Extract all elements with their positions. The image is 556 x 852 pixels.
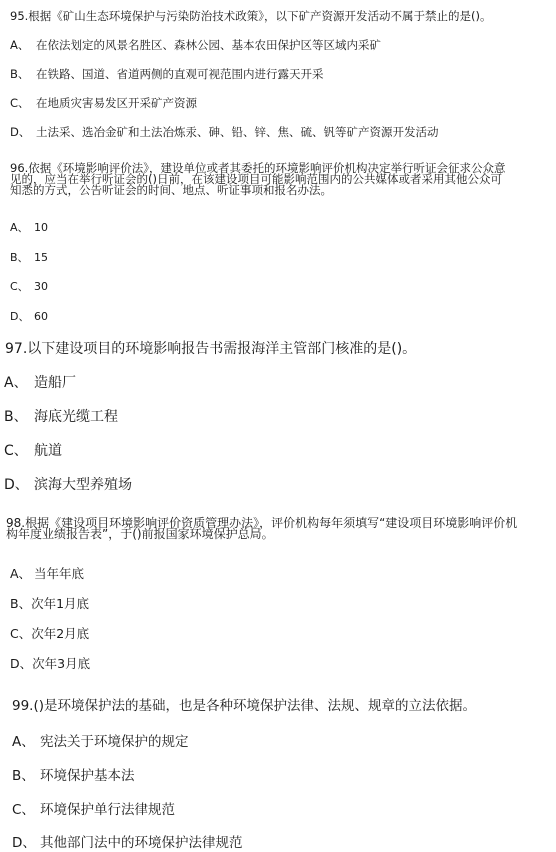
option-a: A、当年年底 [0, 564, 84, 582]
option-text: 海底光缆工程 [34, 409, 118, 425]
option-d: D、次年3月底 [0, 654, 90, 672]
option-text: 土法采、选冶金矿和土法冶炼汞、砷、铅、锌、焦、硫、钒等矿产资源开发活动 [36, 125, 439, 139]
option-text: 造船厂 [34, 375, 76, 391]
option-letter: A、 [0, 37, 36, 53]
option-d: D、土法采、选冶金矿和土法冶炼汞、砷、铅、锌、焦、硫、钒等矿产资源开发活动 [0, 124, 439, 140]
option-text: 宪法关于环境保护的规定 [40, 734, 189, 750]
option-text: 10 [34, 221, 48, 234]
option-letter: D、 [0, 308, 34, 324]
option-c: C、环境保护单行法律规范 [0, 798, 175, 818]
option-text: 环境保护基本法 [40, 768, 135, 784]
option-text: 60 [34, 310, 48, 323]
option-b: B、环境保护基本法 [0, 764, 135, 784]
option-letter: B、 [0, 66, 36, 82]
option-letter: D、 [0, 124, 36, 140]
option-c: C、在地质灾害易发区开采矿产资源 [0, 95, 197, 111]
option-a: A、10 [0, 219, 48, 235]
option-letter: B、 [0, 764, 40, 784]
option-text: 在铁路、国道、省道两侧的直观可视范围内进行露天开采 [36, 67, 324, 81]
stem-line: 知悉的方式，公告听证会的时间、地点、听证事项和报名办法。 [10, 185, 550, 196]
question-stem: 99.()是环境保护法的基础，也是各种环境保护法律、法规、规章的立法依据。 [12, 694, 476, 714]
option-letter: C、 [0, 798, 40, 818]
question-stem: 95.根据《矿山生态环境保护与污染防治技术政策》，以下矿产资源开发活动不属于禁止… [10, 8, 492, 24]
option-text: 在地质灾害易发区开采矿产资源 [36, 96, 197, 110]
option-letter: C、 [0, 624, 31, 642]
option-b: B、15 [0, 249, 48, 265]
option-letter: D、 [0, 831, 40, 851]
option-c: C、次年2月底 [0, 624, 89, 642]
option-text: 次年3月底 [32, 656, 90, 671]
option-c: C、航道 [0, 440, 62, 460]
option-b: B、在铁路、国道、省道两侧的直观可视范围内进行露天开采 [0, 66, 324, 82]
option-text: 滨海大型养殖场 [34, 477, 132, 493]
option-a: A、在依法划定的风景名胜区、森林公园、基本农田保护区等区域内采矿 [0, 37, 381, 53]
option-letter: B、 [0, 594, 31, 612]
option-letter: C、 [0, 95, 36, 111]
option-letter: D、 [0, 474, 34, 494]
option-d: D、60 [0, 308, 48, 324]
option-a: A、造船厂 [0, 372, 76, 392]
option-text: 其他部门法中的环境保护法律规范 [40, 835, 243, 851]
question-stem: 98.根据《建设项目环境影响评价资质管理办法》，评价机构每年须填写“建设项目环境… [6, 518, 546, 540]
option-letter: C、 [0, 440, 34, 460]
option-d: D、其他部门法中的环境保护法律规范 [0, 831, 243, 851]
option-a: A、宪法关于环境保护的规定 [0, 730, 189, 750]
question-stem: 97.以下建设项目的环境影响报告书需报海洋主管部门核准的是()。 [5, 338, 416, 358]
option-letter: A、 [0, 564, 34, 582]
option-b: B、次年1月底 [0, 594, 89, 612]
option-letter: A、 [0, 730, 40, 750]
option-text: 30 [34, 280, 48, 293]
option-letter: A、 [0, 219, 34, 235]
option-text: 次年2月底 [31, 626, 89, 641]
option-d: D、滨海大型养殖场 [0, 474, 132, 494]
option-text: 在依法划定的风景名胜区、森林公园、基本农田保护区等区域内采矿 [36, 38, 381, 52]
option-letter: D、 [0, 654, 32, 672]
option-letter: B、 [0, 249, 34, 265]
option-letter: B、 [0, 406, 34, 426]
option-letter: C、 [0, 278, 34, 294]
option-c: C、30 [0, 278, 48, 294]
option-text: 当年年底 [34, 566, 84, 581]
option-text: 次年1月底 [31, 596, 89, 611]
stem-line: 构年度业绩报告表”，于()前报国家环境保护总局。 [6, 529, 546, 540]
option-letter: A、 [0, 372, 34, 392]
question-stem: 96.依据《环境影响评价法》，建设单位或者其委托的环境影响评价机构决定举行听证会… [10, 163, 550, 196]
option-text: 环境保护单行法律规范 [40, 802, 175, 818]
option-text: 15 [34, 251, 48, 264]
option-b: B、海底光缆工程 [0, 406, 118, 426]
option-text: 航道 [34, 443, 62, 459]
